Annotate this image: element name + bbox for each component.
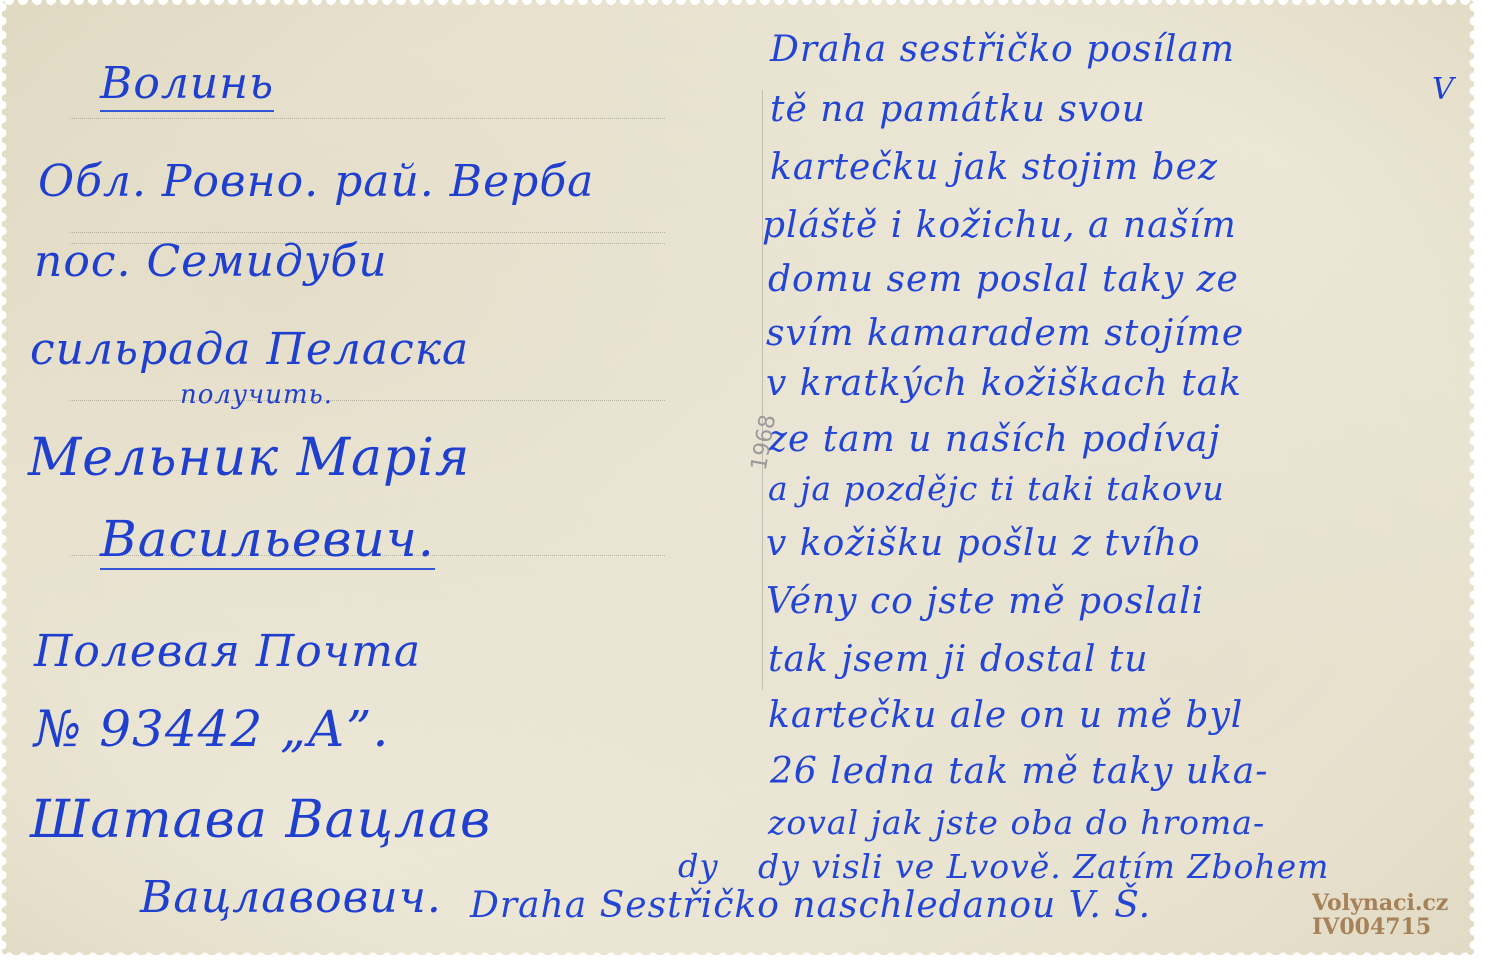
message-line: domu sem poslal taky ze bbox=[768, 262, 1239, 298]
address-oblast: Обл. Ровно. рай. Верба bbox=[38, 160, 594, 204]
address-rule bbox=[70, 400, 665, 401]
message-line: tak jsem ji dostal tu bbox=[768, 642, 1149, 678]
message-line: dy visli ve Lvově. Zatím Zbohem bbox=[758, 850, 1329, 883]
recipient-patronymic: Васильевич. bbox=[100, 514, 435, 570]
watermark-id: IV004715 bbox=[1312, 916, 1448, 938]
address-village-council: сильрада Пелаcка bbox=[30, 328, 469, 372]
message-line: ze tam u naších podívaj bbox=[768, 422, 1221, 458]
message-line: Vény co jste mě poslali bbox=[766, 584, 1204, 620]
message-line: kartečku jak stojim bez bbox=[770, 150, 1218, 186]
message-line: kartečku ale on u mě byl bbox=[768, 698, 1243, 734]
recipient-name: Мельник Марія bbox=[28, 432, 470, 484]
message-line: v kratkých kožiškach tak bbox=[766, 366, 1242, 402]
sender-name: Шатава Вацлав bbox=[30, 794, 491, 846]
message-closing: Draha Sestřičko naschledanou V. Š. bbox=[470, 888, 1151, 924]
address-rule bbox=[70, 118, 665, 119]
message-line: svím kamaradem stojíme bbox=[766, 316, 1244, 352]
message-line: 26 ledna tak mě taky uka- bbox=[770, 754, 1268, 790]
message-continuation: dy bbox=[678, 850, 719, 882]
message-line: a ja pozdějc ti taki takovu bbox=[768, 472, 1225, 505]
message-line: zoval jak jste oba do hroma- bbox=[768, 806, 1265, 839]
address-recipient-label: получить. bbox=[180, 382, 333, 408]
corner-check-mark: V bbox=[1432, 72, 1454, 107]
message-line: tě na památku svou bbox=[770, 92, 1146, 128]
sender-field-post-number: № 93442 „А”. bbox=[34, 704, 389, 754]
address-region: Волинь bbox=[100, 62, 274, 112]
message-line: v kožišku pošlu z tvího bbox=[766, 526, 1201, 562]
watermark: Volynaci.cz IV004715 bbox=[1312, 892, 1448, 938]
message-line: Draha sestřičko posílam bbox=[770, 32, 1235, 68]
sender-field-post: Полевая Почта bbox=[34, 630, 421, 674]
address-rule bbox=[70, 232, 665, 233]
address-settlement: пос. Семидуби bbox=[34, 240, 388, 284]
sender-patronymic: Вацлавович. bbox=[140, 876, 442, 920]
watermark-site: Volynaci.cz bbox=[1312, 892, 1448, 914]
message-line: pláště i kožichu, a naším bbox=[762, 208, 1237, 244]
center-divider-line bbox=[762, 90, 763, 690]
